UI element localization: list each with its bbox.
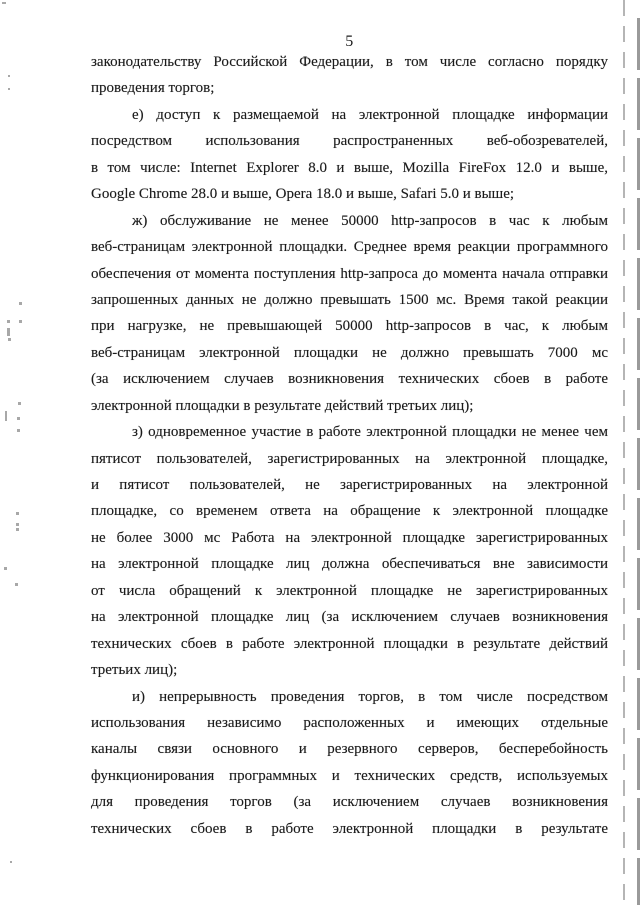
scan-speckle [4,567,7,570]
scan-speckle [16,512,19,515]
text-line: на электронной площадке лиц (за исключен… [91,604,608,630]
text-line: технических сбоев в работе электронной п… [91,816,608,842]
text-line: обеспечения от момента поступления http-… [91,261,608,287]
scan-speckle [5,411,7,421]
document-body: законодательству Российской Федерации, в… [91,49,608,842]
text-line: Google Chrome 28.0 и выше, Opera 18.0 и … [91,181,608,207]
text-line: проведения торгов; [91,75,608,101]
scan-speckle [19,302,22,305]
text-line: при нагрузке, не превышающей 50000 http-… [91,313,608,339]
text-line: третьих лиц); [91,657,608,683]
text-line: от числа обращений к электронной площадк… [91,578,608,604]
scan-speckle [8,88,10,90]
scan-speckle [2,2,6,4]
scan-speckle [16,528,19,531]
scan-edge-line-inner [623,0,625,905]
text-line: е) доступ к размещаемой на электронной п… [91,102,608,128]
scanned-document-page: { "page": { "number": "5", "paragraphs":… [0,0,640,905]
scan-speckle [8,338,11,341]
scan-speckle [15,583,18,586]
text-line: для проведения торгов (за исключением сл… [91,789,608,815]
text-line: пятисот пользователей, зарегистрированны… [91,446,608,472]
scan-speckle [10,861,12,863]
text-line: з) одновременное участие в работе электр… [91,419,608,445]
text-line: использования независимо расположенных и… [91,710,608,736]
text-line: ж) обслуживание не менее 50000 http-запр… [91,208,608,234]
scan-speckle [16,523,19,526]
scan-speckle [19,320,22,323]
text-line: не более 3000 мс Работа на электронной п… [91,525,608,551]
text-line: веб-страницам электронной площадки. Сред… [91,234,608,260]
text-line: запрошенных данных не должно превышать 1… [91,287,608,313]
text-line: площадке, со временем ответа на обращени… [91,498,608,524]
scan-speckle [7,328,10,336]
scan-speckle [17,429,20,432]
text-line: каналы связи основного и резервного серв… [91,736,608,762]
text-line: веб-страницам электронной площадки не до… [91,340,608,366]
text-line: технических сбоев в работе электронной п… [91,631,608,657]
text-line: в том числе: Internet Explorer 8.0 и выш… [91,155,608,181]
text-line: посредством использования распространенн… [91,128,608,154]
text-line: на электронной площадке лиц должна обесп… [91,551,608,577]
scan-speckle [7,320,10,323]
scan-speckle [18,402,21,405]
scan-speckle [8,75,10,77]
text-line: (за исключением случаев возникновения те… [91,366,608,392]
text-line: и) непрерывность проведения торгов, в то… [91,684,608,710]
text-line: функционирования программных и техническ… [91,763,608,789]
text-line: законодательству Российской Федерации, в… [91,49,608,75]
text-line: и пятисот пользователей, не зарегистриро… [91,472,608,498]
scan-speckle [17,417,20,420]
text-line: электронной площадки в результате действ… [91,393,608,419]
